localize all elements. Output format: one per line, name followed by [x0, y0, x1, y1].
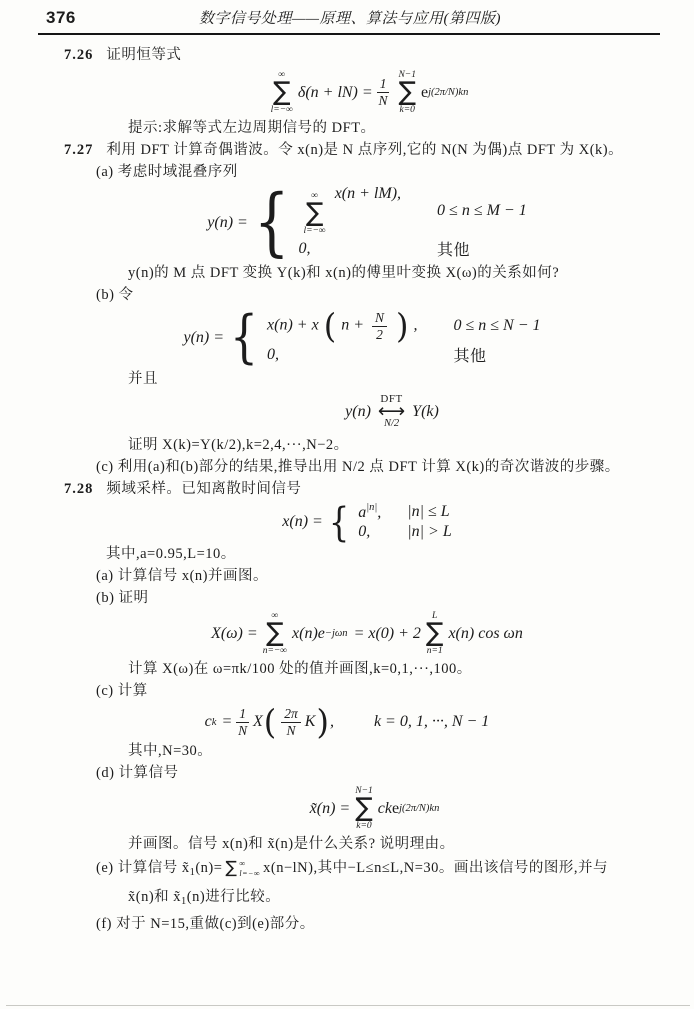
exponent: j(2π/N)kn [428, 87, 468, 98]
summation: ∞ ∑ l=−∞ [303, 191, 325, 236]
function-name: X [253, 713, 263, 731]
case-term: n + [341, 317, 364, 334]
problem-727-heading: 7.27利用 DFT 计算奇偶谐波。令 x(n)是 N 点序列,它的 N(N 为… [64, 139, 694, 161]
item-c-note: 其中,N=30。 [128, 740, 694, 762]
denominator: 2 [376, 327, 383, 342]
numerator: 1 [236, 707, 249, 723]
equation-rhs: Y(k) [412, 403, 439, 421]
page-number: 376 [46, 8, 76, 28]
header-rule [38, 33, 660, 35]
case-condition: |n| ≤ L [407, 503, 449, 521]
equation-lhs: x̃(n) = [310, 800, 351, 818]
double-arrow-icon: ⟷ [378, 405, 405, 418]
fraction: 1 N [377, 77, 390, 108]
exponent: −jωn [325, 628, 348, 639]
case-condition: 0 ≤ n ≤ N − 1 [453, 317, 540, 335]
equation-term: x(n)e [292, 625, 325, 643]
item-a-label: (a) 考虑时域混叠序列 [96, 161, 694, 183]
also-text: 并且 [128, 368, 694, 390]
sigma-icon: ∑ [266, 621, 284, 646]
equation-728-reconstruction: x̃(n) = N−1 ∑ k=0 ckej(2π/N)kn [0, 786, 694, 831]
case-rows: a|n|, |n| ≤ L 0, |n| > L [358, 502, 452, 541]
summation: N−1 ∑ k=0 [398, 70, 416, 115]
case-body: ∞ ∑ l=−∞ x(n + lM), [298, 185, 401, 236]
sigma-icon: ∑ [426, 621, 444, 646]
item-a-question: y(n)的 M 点 DFT 变换 Y(k)和 x(n)的傅里叶变换 X(ω)的关… [128, 262, 694, 284]
summation: L ∑ n=1 [426, 611, 444, 656]
right-paren: ) [396, 309, 408, 343]
item-d-label: (d) 计算信号 [96, 762, 694, 784]
sum-lower-limit: l=−∞ [271, 105, 293, 115]
exponent: j(2π/N)kn [399, 803, 439, 814]
equals-sign: = [221, 713, 232, 731]
equation-727b: y(n) = { x(n) + x ( n + N 2 ) , 0 ≤ n ≤ … [0, 310, 694, 366]
sum-upper-limit: ∞ [239, 859, 260, 868]
sum-lower-limit: l=−∞ [303, 226, 325, 236]
fraction: N 2 [372, 311, 387, 342]
given-values: 其中,a=0.95,L=10。 [106, 543, 694, 565]
item-e-continued: x̃(n)和 x̃1(n)进行比较。 [128, 886, 694, 913]
case-condition: 其他 [453, 343, 486, 366]
denominator: N [238, 723, 247, 738]
case-body: 0, [358, 523, 370, 541]
summation: N−1 ∑ k=0 [355, 786, 373, 831]
equation-term: δ(n + lN) = [298, 84, 373, 102]
numerator: 2π [281, 707, 301, 723]
problem-intro: 频域采样。已知离散时间信号 [106, 481, 301, 497]
left-brace: { [254, 186, 290, 260]
case-body: 0, [267, 346, 279, 364]
case-body: x(n) + x ( n + N 2 ) , [267, 310, 417, 342]
right-paren: ) [316, 705, 328, 739]
case-condition: 0 ≤ n ≤ M − 1 [437, 202, 527, 220]
case-body: a|n|, [358, 502, 381, 522]
item-b-label: (b) 证明 [96, 587, 694, 609]
book-title: 数字信号处理——原理、算法与应用(第四版) [76, 7, 654, 28]
left-paren: ( [324, 309, 336, 343]
problem-intro: 证明恒等式 [106, 47, 181, 63]
case-term: , [413, 317, 417, 334]
equation-727a: y(n) = { ∞ ∑ l=−∞ x(n + lM), 0 ≤ n ≤ M −… [0, 185, 694, 260]
denominator: N [287, 723, 296, 738]
case-rows: ∞ ∑ l=−∞ x(n + lM), 0 ≤ n ≤ M − 1 0, 其他 [298, 185, 526, 260]
equation-lhs: c [205, 713, 212, 731]
cases-group: { a|n|, |n| ≤ L 0, |n| > L [329, 502, 452, 541]
scan-artifact-line [6, 1005, 690, 1006]
condition: k = 0, 1, ···, N − 1 [374, 713, 489, 731]
cases-group: { x(n) + x ( n + N 2 ) , 0 ≤ n ≤ N − 1 0… [230, 310, 540, 366]
item-e-text: x(n−lN),其中−L≤n≤L,N=30。画出该信号的图形,并与 [263, 860, 608, 876]
left-paren: ( [264, 705, 276, 739]
item-f-label: (f) 对于 N=15,重做(c)到(e)部分。 [96, 913, 694, 935]
case-condition: 其他 [437, 237, 470, 260]
equation-term: = x(0) + 2 [354, 625, 421, 643]
sum-lower-limit: n=−∞ [263, 646, 287, 656]
problem-number: 7.26 [64, 47, 93, 63]
case-rows: x(n) + x ( n + N 2 ) , 0 ≤ n ≤ N − 1 0, … [267, 310, 540, 366]
sigma-icon: ∑ [273, 80, 291, 105]
problem-726-heading: 7.26证明恒等式 [64, 44, 694, 66]
exponent: |n| [366, 502, 377, 513]
case-term: a [358, 504, 366, 521]
exp-base: e [421, 84, 428, 102]
problem-number: 7.27 [64, 142, 93, 158]
problem-728-heading: 7.28频域采样。已知离散时间信号 [64, 478, 694, 500]
dft-size-label: N/2 [384, 418, 399, 430]
case-term: , [377, 504, 381, 521]
problem-number: 7.28 [64, 481, 93, 497]
sigma-icon: ∑ [355, 796, 373, 821]
item-c-label: (c) 利用(a)和(b)部分的结果,推导出用 N/2 点 DFT 计算 X(k… [96, 456, 694, 478]
hint-text: 提示:求解等式左边周期信号的 DFT。 [128, 117, 694, 139]
dft-transform-arrow: DFT ⟷ N/2 [378, 394, 405, 430]
sum-lower-limit: n=1 [427, 646, 443, 656]
sum-lower-limit: k=0 [400, 105, 415, 115]
equation-lhs: x(n) = [282, 513, 323, 531]
left-brace: { [329, 502, 349, 542]
page-header: 376 数字信号处理——原理、算法与应用(第四版) [0, 0, 694, 32]
case-term: x(n) + x [267, 317, 319, 334]
sigma-icon: ∑ [225, 860, 237, 877]
left-brace: { [230, 309, 258, 366]
equation-726: ∞ ∑ l=−∞ δ(n + lN) = 1 N N−1 ∑ k=0 ej(2π… [0, 70, 694, 115]
function-arg: K [305, 713, 316, 731]
equation-lhs: y(n) = [183, 329, 224, 347]
subscript: k [212, 717, 217, 728]
sum-lower-limit: l=−∞ [239, 869, 260, 878]
summation: ∞ ∑ l=−∞ [271, 70, 293, 115]
inline-summation: ∑∞l=−∞ [225, 859, 260, 878]
item-e-text: (e) 计算信号 x̃ [96, 860, 190, 876]
case-term: x(n + lM), [335, 185, 401, 202]
equation-728-ck: ck = 1 N X ( 2π N K ) , k = 0, 1, ···, N… [0, 706, 694, 738]
item-d-note: 并画图。信号 x(n)和 x̃(n)是什么关系? 说明理由。 [128, 833, 694, 855]
exp-base: e [392, 800, 399, 818]
coefficient: ck [378, 800, 392, 818]
summation: ∞ ∑ n=−∞ [263, 611, 287, 656]
denominator: N [379, 93, 388, 108]
case-body: 0, [298, 240, 310, 258]
numerator: N [372, 311, 387, 327]
prove-text: 证明 X(k)=Y(k/2),k=2,4,···,N−2。 [128, 434, 694, 456]
item-e-text: (n)= [195, 860, 222, 876]
sum-lower-limit: k=0 [356, 821, 371, 831]
item-b-label: (b) 令 [96, 284, 694, 306]
fraction: 1 N [236, 707, 249, 738]
sigma-icon: ∑ [306, 201, 324, 226]
cases-group: { ∞ ∑ l=−∞ x(n + lM), 0 ≤ n ≤ M − 1 0, 其… [254, 185, 527, 260]
textbook-page: 376 数字信号处理——原理、算法与应用(第四版) 7.26证明恒等式 ∞ ∑ … [0, 0, 694, 1009]
equation-727b-dft-pair: y(n) DFT ⟷ N/2 Y(k) [0, 394, 694, 430]
equation-lhs: X(ω) = [211, 625, 258, 643]
fraction: 2π N [281, 707, 301, 738]
sigma-icon: ∑ [398, 80, 416, 105]
item-b-note: 计算 X(ω)在 ω=πk/100 处的值并画图,k=0,1,···,100。 [128, 658, 694, 680]
item-e-label: (e) 计算信号 x̃1(n)=∑∞l=−∞x(n−lN),其中−L≤n≤L,N… [96, 855, 694, 886]
item-c-label: (c) 计算 [96, 680, 694, 702]
comma: , [330, 713, 334, 731]
equation-lhs: y(n) [345, 403, 371, 421]
equation-728-dtft: X(ω) = ∞ ∑ n=−∞ x(n)e−jωn = x(0) + 2 L ∑… [0, 611, 694, 656]
case-condition: |n| > L [407, 523, 452, 541]
item-a-label: (a) 计算信号 x(n)并画图。 [96, 565, 694, 587]
problem-intro: 利用 DFT 计算奇偶谐波。令 x(n)是 N 点序列,它的 N(N 为偶)点 … [106, 142, 623, 158]
equation-term: x(n) cos ωn [448, 625, 522, 643]
equation-lhs: y(n) = [207, 214, 248, 232]
numerator: 1 [377, 77, 390, 93]
equation-728-signal: x(n) = { a|n|, |n| ≤ L 0, |n| > L [0, 502, 694, 541]
